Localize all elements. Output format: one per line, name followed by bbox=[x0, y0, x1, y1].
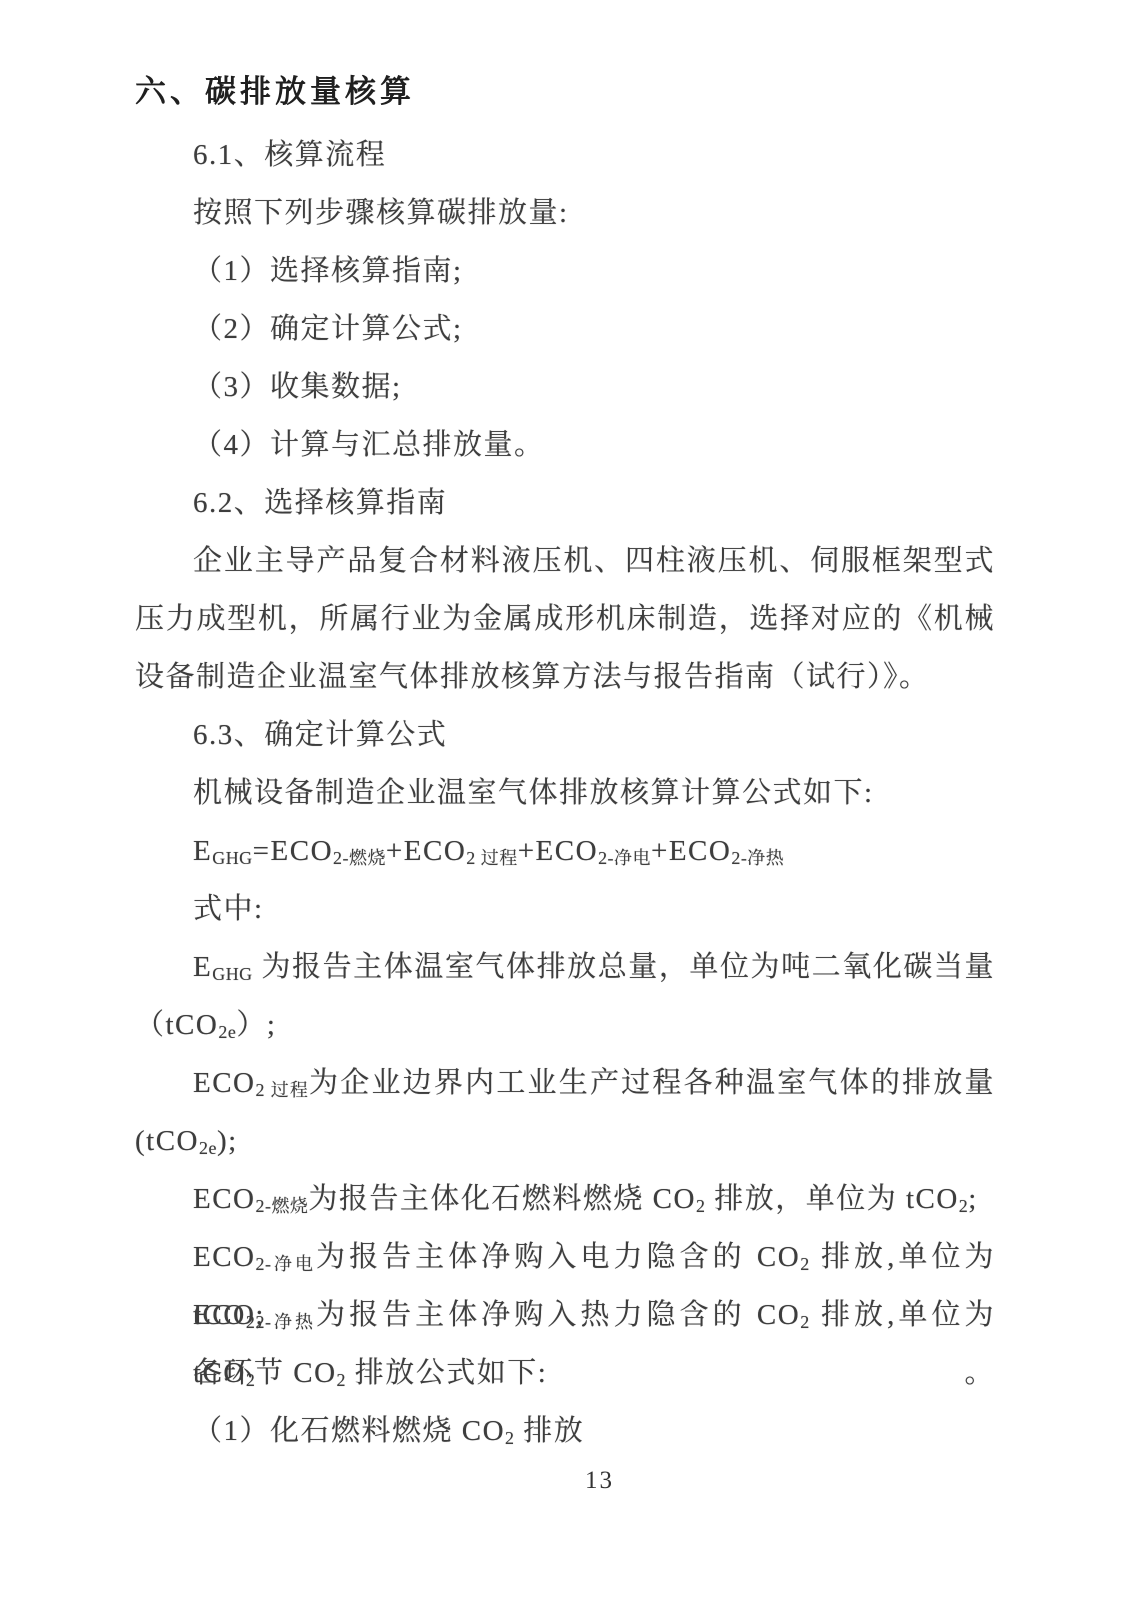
text-segment: +ECO bbox=[651, 835, 731, 867]
text-segment: 为报告主体温室气体排放总量，单位为吨二氧化碳当量 bbox=[253, 951, 995, 983]
section-heading: 六、碳排放量核算 bbox=[135, 66, 415, 111]
subscript-segment: 2 bbox=[800, 1254, 809, 1274]
subscript-segment: 2 bbox=[337, 1370, 346, 1390]
text-line: （1）选择核算指南; bbox=[135, 242, 995, 300]
text-line: ECO2 过程为企业边界内工业生产过程各种温室气体的排放量 bbox=[135, 1054, 995, 1112]
text-line: 压力成型机，所属行业为金属成形机床制造，选择对应的《机械 bbox=[135, 590, 995, 648]
text-segment: ECO bbox=[193, 1241, 256, 1273]
text-line: （3）收集数据; bbox=[135, 358, 995, 416]
text-segment: E bbox=[193, 951, 212, 983]
subscript-segment: 2-净电 bbox=[256, 1254, 317, 1274]
text-line: 企业主导产品复合材料液压机、四柱液压机、伺服框架型式 bbox=[135, 532, 995, 590]
subscript-segment: 2 过程 bbox=[466, 848, 517, 868]
text-segment: （1）化石燃料燃烧 CO bbox=[193, 1415, 505, 1447]
subscript-segment: GHG bbox=[212, 848, 252, 868]
text-segment: E bbox=[193, 835, 212, 867]
subscript-segment: 2 bbox=[505, 1428, 514, 1448]
text-segment: ); bbox=[217, 1125, 238, 1157]
subscript-segment: 2 bbox=[246, 1370, 255, 1390]
subscript-segment: 2-净热 bbox=[731, 848, 784, 868]
document-page: 六、碳排放量核算 6.1、核算流程按照下列步骤核算碳排放量:（1）选择核算指南;… bbox=[0, 0, 1130, 1600]
text-line: EGHG=ECO2-燃烧+ECO2 过程+ECO2-净电+ECO2-净热 bbox=[135, 822, 995, 880]
text-segment: 为报告主体化石燃料燃烧 CO bbox=[308, 1183, 696, 1215]
text-line: 设备制造企业温室气体排放核算方法与报告指南（试行）》。 bbox=[135, 648, 995, 706]
text-segment: ECO bbox=[193, 1183, 256, 1215]
text-segment: =ECO bbox=[253, 835, 333, 867]
text-line: 6.1、核算流程 bbox=[135, 126, 995, 184]
text-segment: ）; bbox=[236, 1009, 276, 1041]
text-segment: （tCO bbox=[135, 1009, 218, 1041]
text-line: （1）化石燃料燃烧 CO2 排放 bbox=[135, 1402, 995, 1460]
subscript-segment: 2 过程 bbox=[256, 1080, 310, 1100]
text-segment: 排放 bbox=[515, 1415, 585, 1447]
subscript-segment: 2e bbox=[199, 1138, 217, 1158]
text-line: 6.3、确定计算公式 bbox=[135, 706, 995, 764]
document-lines: 6.1、核算流程按照下列步骤核算碳排放量:（1）选择核算指南;（2）确定计算公式… bbox=[135, 126, 995, 1460]
text-segment: (tCO bbox=[135, 1125, 199, 1157]
subscript-segment: 2-燃烧 bbox=[333, 848, 386, 868]
text-line: 6.2、选择核算指南 bbox=[135, 474, 995, 532]
text-segment: +ECO bbox=[386, 835, 466, 867]
text-line: ECO2-净热为报告主体净购入热力隐含的 CO2 排放,单位为 tCO2。 bbox=[135, 1286, 995, 1344]
subscript-segment: 2-净热 bbox=[256, 1312, 317, 1332]
text-line: （tCO2e）; bbox=[135, 996, 995, 1054]
text-segment: 为报告主体净购入热力隐含的 CO bbox=[316, 1299, 800, 1331]
text-line: EGHG 为报告主体温室气体排放总量，单位为吨二氧化碳当量 bbox=[135, 938, 995, 996]
text-segment: +ECO bbox=[518, 835, 598, 867]
subscript-segment: 2 bbox=[246, 1312, 255, 1332]
text-segment: 各环节 CO bbox=[193, 1357, 337, 1389]
subscript-segment: 2-燃烧 bbox=[256, 1196, 309, 1216]
page-number: 13 bbox=[585, 1466, 614, 1496]
text-line: 式中: bbox=[135, 880, 995, 938]
text-segment: 排放公式如下: bbox=[346, 1357, 547, 1389]
text-line: 机械设备制造企业温室气体排放核算计算公式如下: bbox=[135, 764, 995, 822]
subscript-segment: 2 bbox=[800, 1312, 809, 1332]
text-segment: 为报告主体净购入电力隐含的 CO bbox=[316, 1241, 800, 1273]
subscript-segment: 2 bbox=[696, 1196, 705, 1216]
subscript-segment: 2e bbox=[218, 1022, 236, 1042]
text-segment: 排放，单位为 tCO bbox=[705, 1183, 958, 1215]
text-segment: ; bbox=[968, 1183, 978, 1215]
text-segment: 为企业边界内工业生产过程各种温室气体的排放量 bbox=[309, 1067, 995, 1099]
subscript-segment: 2 bbox=[959, 1196, 968, 1216]
text-line: ECO2-净电为报告主体净购入电力隐含的 CO2 排放,单位为 tCO2; bbox=[135, 1228, 995, 1286]
text-line: （4）计算与汇总排放量。 bbox=[135, 416, 995, 474]
text-line: 按照下列步骤核算碳排放量: bbox=[135, 184, 995, 242]
text-line: （2）确定计算公式; bbox=[135, 300, 995, 358]
text-line: (tCO2e); bbox=[135, 1112, 995, 1170]
text-line: ECO2-燃烧为报告主体化石燃料燃烧 CO2 排放，单位为 tCO2; bbox=[135, 1170, 995, 1228]
subscript-segment: 2-净电 bbox=[598, 848, 651, 868]
text-segment: ECO bbox=[193, 1067, 256, 1099]
subscript-segment: GHG bbox=[212, 964, 252, 984]
